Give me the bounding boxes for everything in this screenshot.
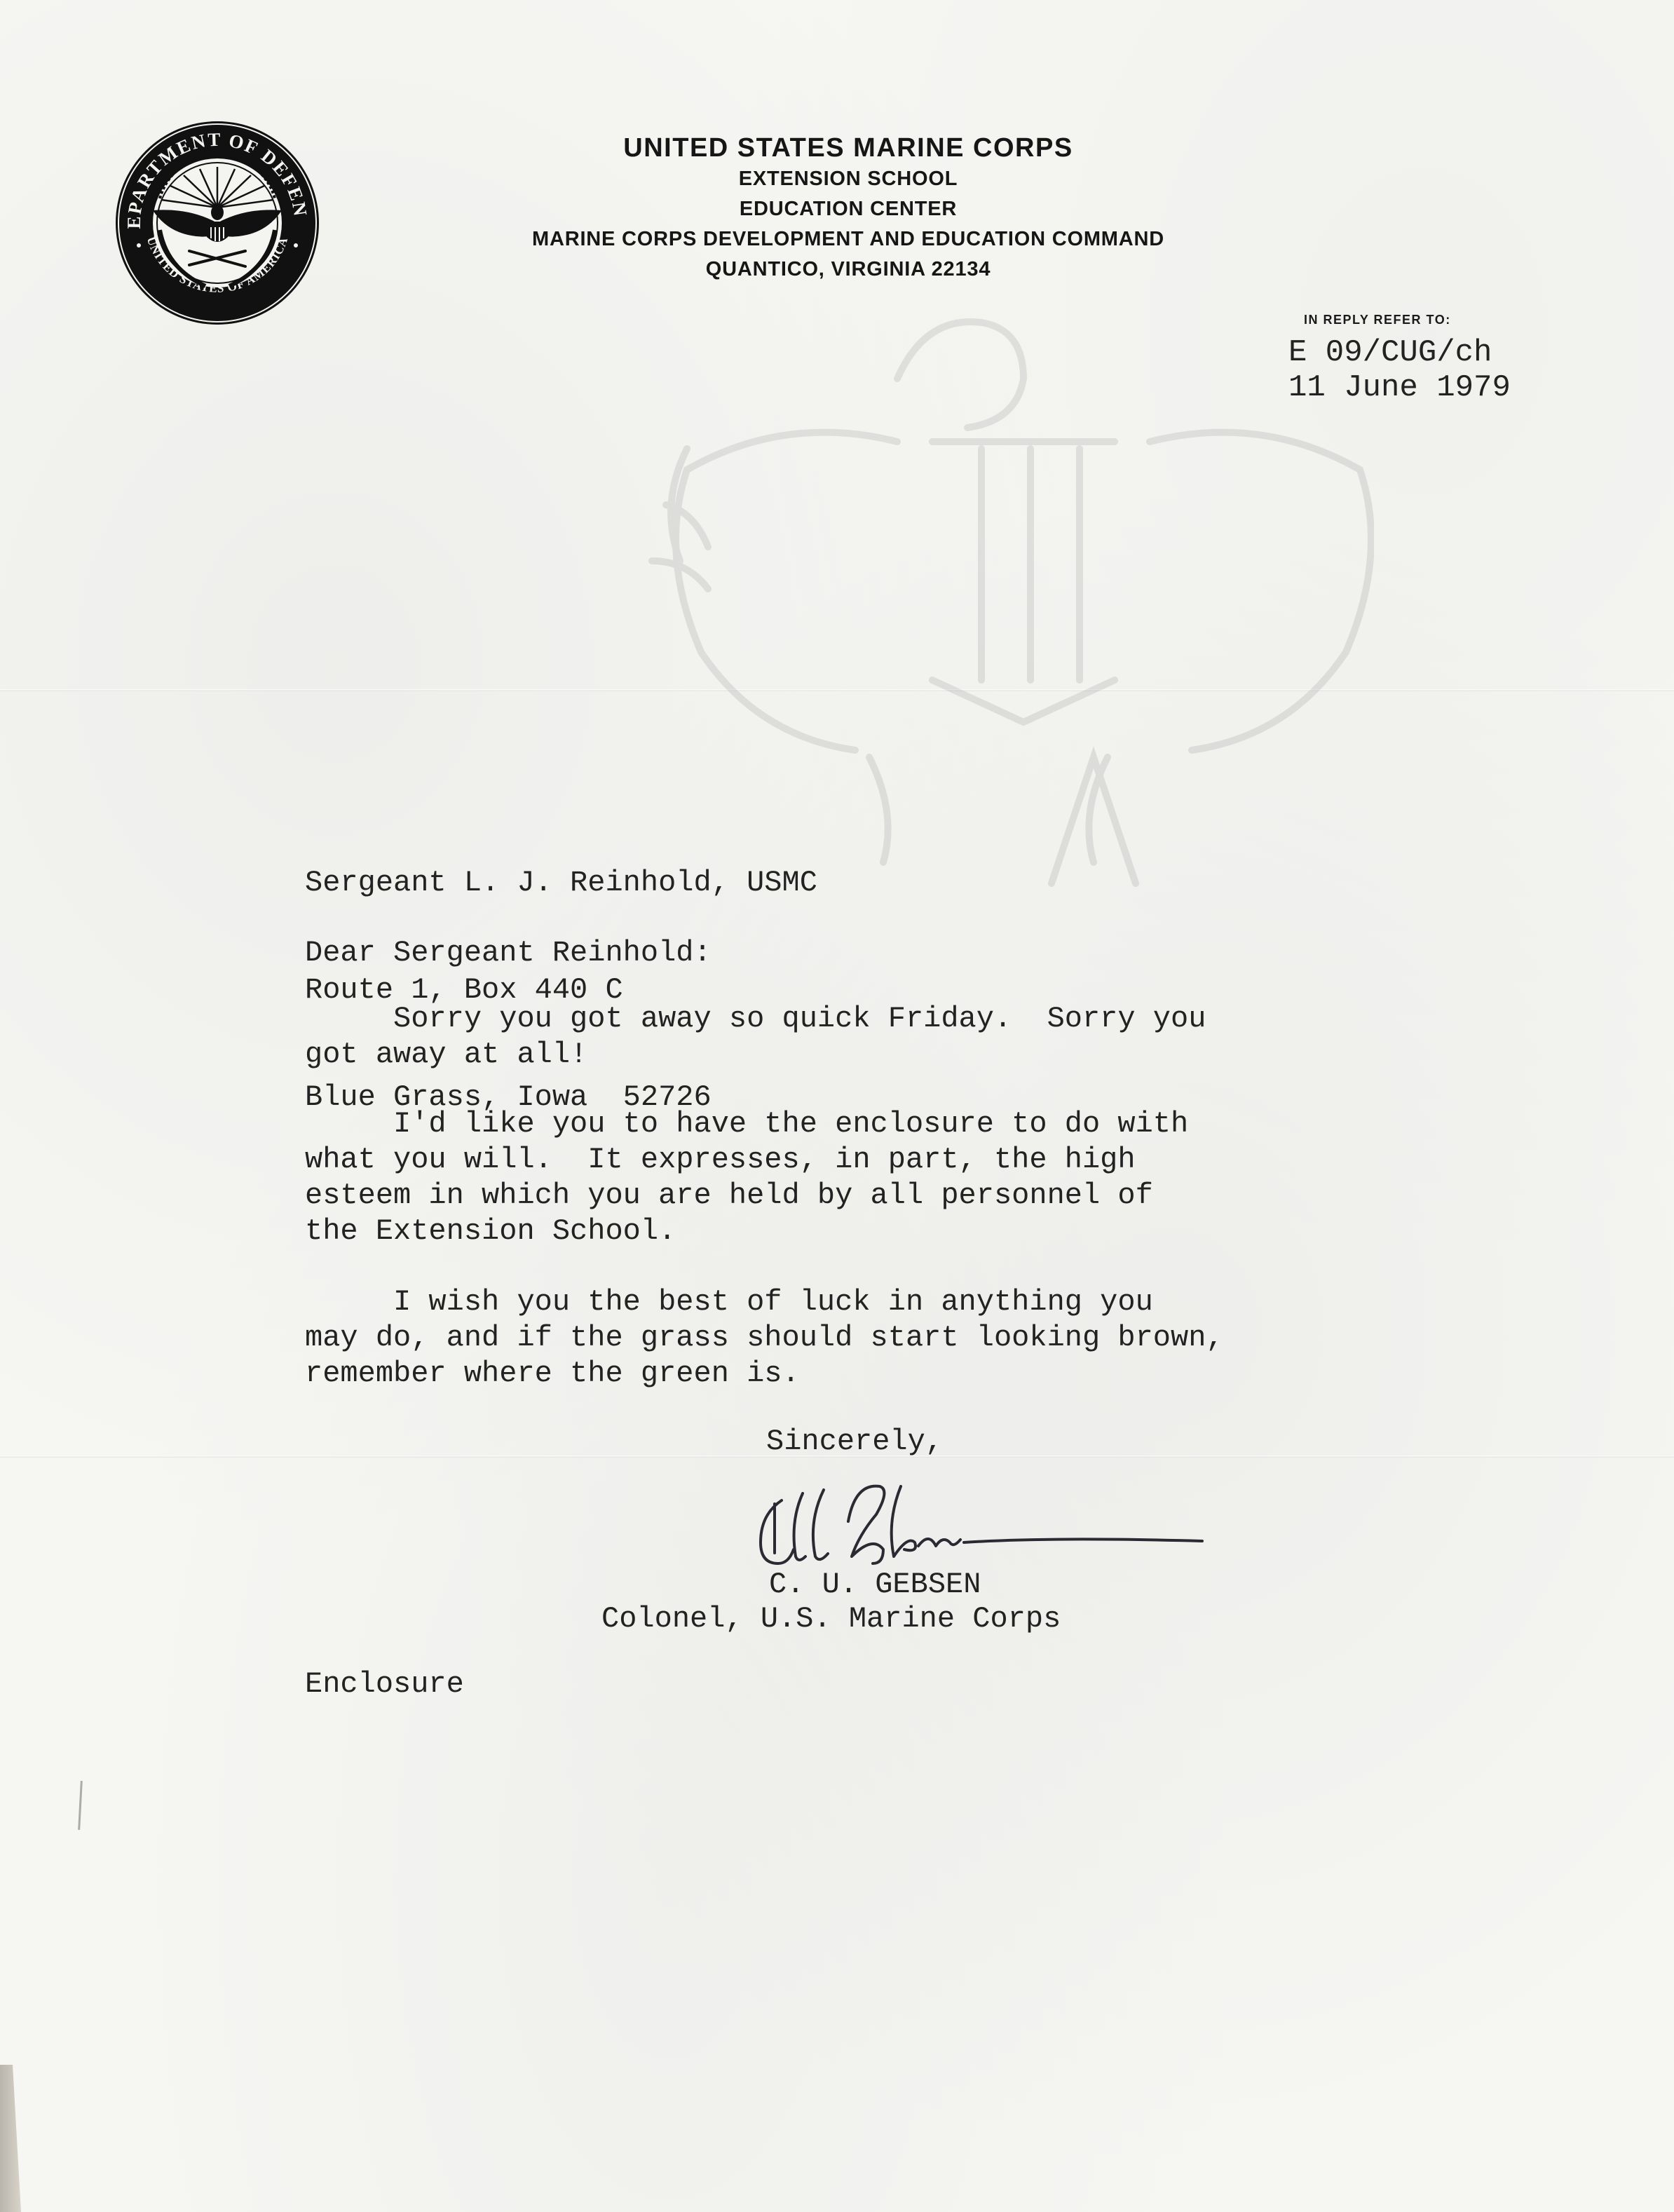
reply-label: IN REPLY REFER TO: [1304, 313, 1451, 327]
closing: Sincerely, [766, 1425, 943, 1458]
letterhead-address: QUANTICO, VIRGINIA 22134 [393, 255, 1304, 285]
letterhead-school: EXTENSION SCHOOL [393, 164, 1304, 194]
letterhead-command: MARINE CORPS DEVELOPMENT AND EDUCATION C… [393, 224, 1304, 255]
reply-reference-block: E 09/CUG/ch 11 June 1979 [1288, 335, 1511, 405]
enclosure-note: Enclosure [305, 1667, 464, 1701]
salutation: Dear Sergeant Reinhold: [305, 935, 712, 971]
reference-code: E 09/CUG/ch [1288, 335, 1511, 370]
letter-date: 11 June 1979 [1288, 370, 1511, 405]
letterhead-center: EDUCATION CENTER [393, 194, 1304, 224]
recipient-name: Sergeant L. J. Reinhold, USMC [305, 865, 817, 901]
body-paragraph-2: I'd like you to have the enclosure to do… [305, 1106, 1188, 1249]
recipient-address: Sergeant L. J. Reinhold, USMC Route 1, B… [305, 794, 817, 1151]
signer-title: Colonel, U.S. Marine Corps [601, 1602, 1061, 1636]
pencil-mark [78, 1781, 83, 1830]
body-paragraph-1: Sorry you got away so quick Friday. Sorr… [305, 1001, 1206, 1073]
signer-name: C. U. GEBSEN [769, 1568, 981, 1601]
handwritten-signature-icon [754, 1479, 1216, 1570]
department-of-defense-seal-icon: DEPARTMENT OF DEFENSE UNITED STATES OF A… [112, 118, 322, 328]
scanner-edge-shadow [0, 2065, 21, 2212]
letterhead-organization: UNITED STATES MARINE CORPS [393, 132, 1304, 164]
body-paragraph-3: I wish you the best of luck in anything … [305, 1284, 1224, 1392]
letterhead: UNITED STATES MARINE CORPS EXTENSION SCH… [393, 132, 1304, 285]
